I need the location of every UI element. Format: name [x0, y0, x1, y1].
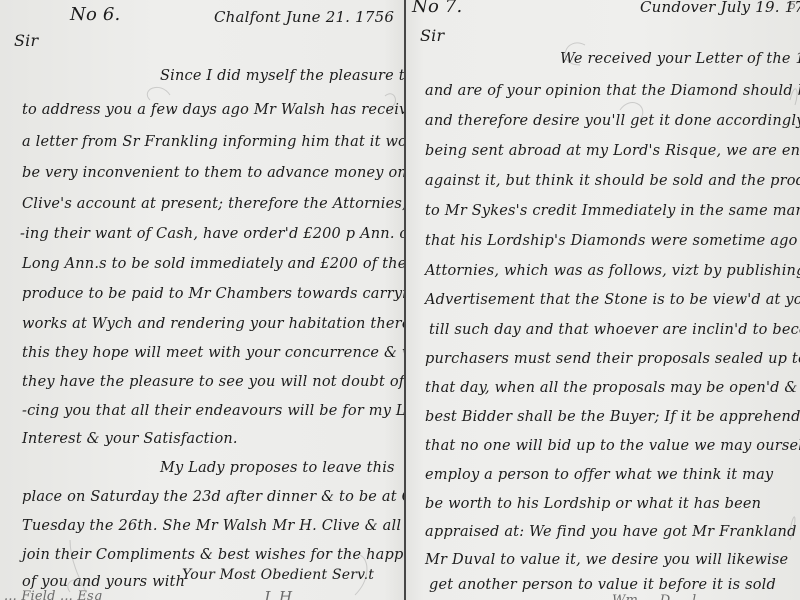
ink-bleed-flourishes — [0, 0, 800, 600]
manuscript-scan: No 6. Chalfont June 21. 1756 Sir Since I… — [0, 0, 800, 600]
